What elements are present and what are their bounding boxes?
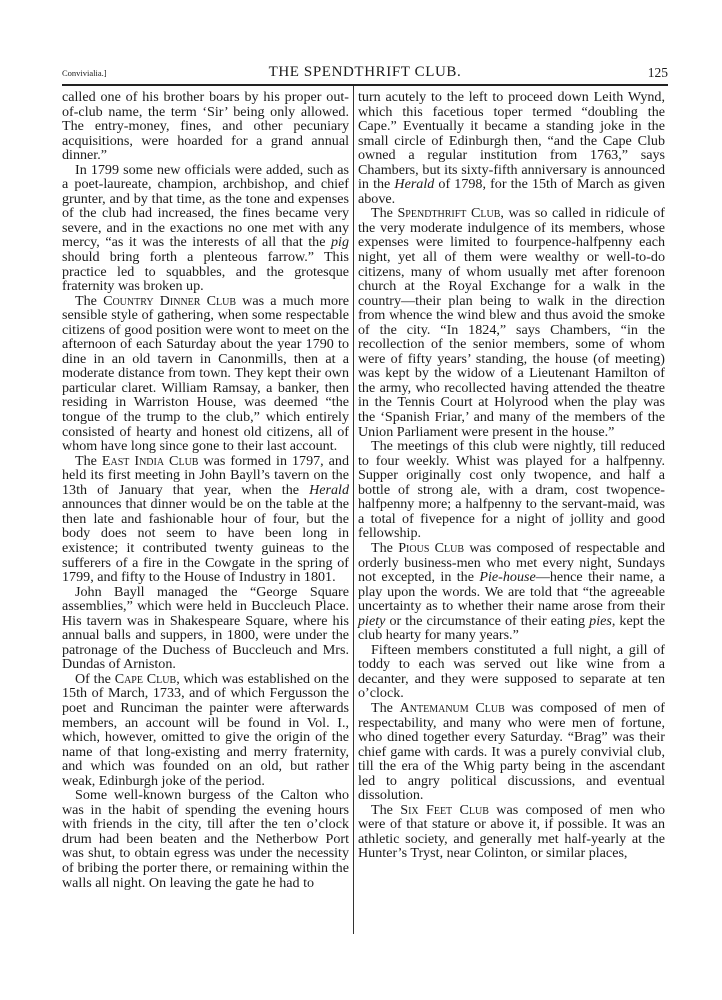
paragraph: In 1799 some new officials were added, s… (62, 163, 349, 294)
text: , which was established on the 15th of M… (62, 671, 349, 789)
text: was a much more sensible style of gather… (62, 293, 349, 454)
text: should bring forth a plenteous farrow.” … (62, 249, 349, 294)
right-column: turn acutely to the left to proceed down… (358, 90, 665, 861)
paragraph: Some well-known burgess of the Calton wh… (62, 788, 349, 890)
page-number: 125 (648, 65, 668, 81)
paragraph: The meetings of this club were nightly, … (358, 439, 665, 541)
paragraph: called one of his brother boars by his p… (62, 90, 349, 163)
paragraph: turn acutely to the left to proceed down… (358, 90, 665, 206)
text: was composed of men of respectability, a… (358, 700, 665, 803)
paragraph: The Pious Club was composed of respectab… (358, 541, 665, 643)
running-header: Convivialia.] THE SPENDTHRIFT CLUB. 125 (62, 64, 668, 84)
header-rule (62, 84, 668, 86)
italic-text: pies (589, 613, 612, 629)
left-column: called one of his brother boars by his p… (62, 90, 349, 890)
italic-text: Herald (394, 176, 434, 192)
paragraph: The Spendthrift Club, was so called in r… (358, 206, 665, 439)
text: , was so called in ridicule of the very … (358, 205, 665, 439)
paragraph: The Six Feet Club was composed of men wh… (358, 803, 665, 861)
text: In 1799 some new officials were added, s… (62, 162, 349, 251)
paragraph: Fifteen members constituted a full night… (358, 643, 665, 701)
book-page: Convivialia.] THE SPENDTHRIFT CLUB. 125 … (0, 0, 722, 1000)
paragraph: The Antemanum Club was composed of men o… (358, 701, 665, 803)
column-divider (353, 86, 354, 934)
paragraph: Of the Cape Club, which was established … (62, 672, 349, 788)
paragraph: John Bayll managed the “George Square as… (62, 585, 349, 672)
paragraph: The East India Club was formed in 1797, … (62, 454, 349, 585)
paragraph: The Country Dinner Club was a much more … (62, 294, 349, 454)
page-title: THE SPENDTHRIFT CLUB. (62, 64, 668, 81)
text: announces that dinner would be on the ta… (62, 496, 349, 585)
